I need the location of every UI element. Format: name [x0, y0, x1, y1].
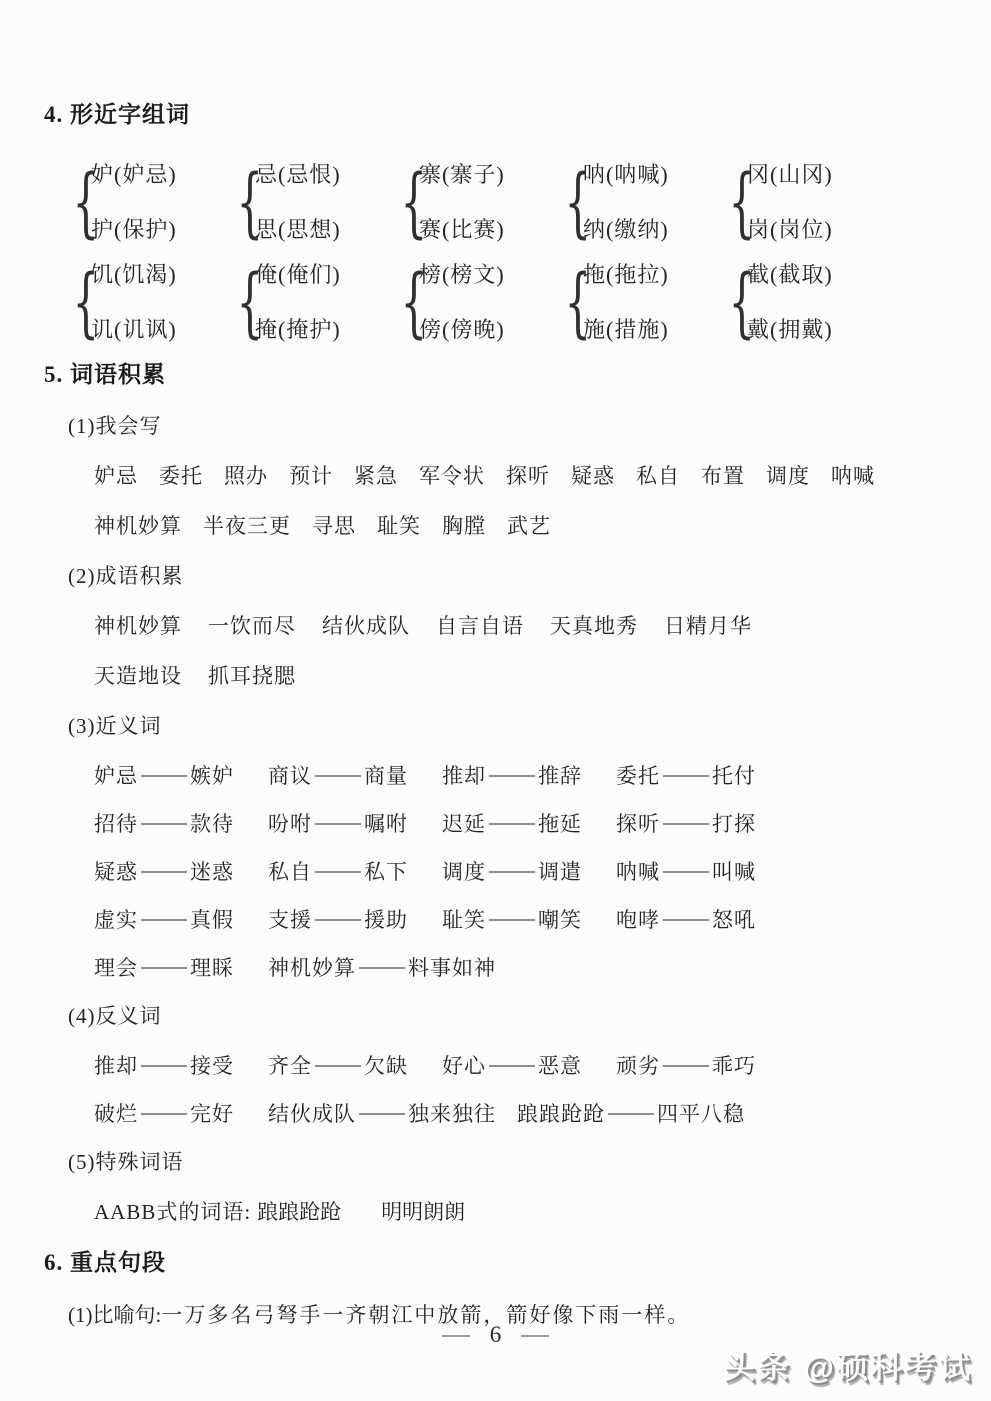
char-pair-group: { 截(截取) 戴(拥戴) — [724, 260, 888, 344]
pair-word-b: 款待 — [190, 812, 234, 836]
dash-connector — [315, 823, 361, 825]
dash-connector — [489, 1065, 535, 1067]
synonym-pair: 妒忌嫉妒 — [94, 762, 247, 790]
synonym-pair: 疑惑迷惑 — [94, 858, 247, 886]
pair-word-b: 四平八稳 — [657, 1102, 745, 1126]
antonym-pair: 好心恶意 — [442, 1052, 595, 1080]
left-brace-icon: { — [729, 262, 740, 342]
word-item: 胸膛 — [442, 512, 486, 540]
pair-word-a: 咆哮 — [616, 908, 660, 932]
dash-connector — [315, 775, 361, 777]
idiom-item: 自言自语 — [436, 612, 524, 640]
pair-word-a: 推却 — [94, 1054, 138, 1078]
char-pair-group: { 俺(俺们) 掩(掩护) — [232, 260, 396, 344]
word-item: 寻思 — [312, 512, 356, 540]
synonym-pair: 委托托付 — [616, 762, 769, 790]
dash-connector — [489, 871, 535, 873]
antonym-row-2: 破烂完好结伙成队独来独往踉踉跄跄四平八稳 — [94, 1100, 961, 1128]
synonym-pair: 商议商量 — [268, 762, 421, 790]
pair-word-b: 援助 — [364, 908, 408, 932]
pair-word-a: 商议 — [268, 764, 312, 788]
char-pair-bottom: 岗(岗位) — [747, 216, 833, 243]
left-brace-icon: { — [73, 262, 84, 342]
word-item: 调度 — [766, 462, 810, 490]
dash-connector — [141, 775, 187, 777]
char-pair-column: 寨(寨子) 赛(比赛) — [419, 160, 505, 244]
pair-word-a: 结伙成队 — [268, 1102, 356, 1126]
pair-word-b: 商量 — [364, 764, 408, 788]
word-item: 探听 — [506, 462, 550, 490]
synonym-pair: 招待款待 — [94, 810, 247, 838]
section4-heading: 4. 形近字组词 — [44, 100, 961, 130]
dash-connector — [608, 1113, 654, 1115]
dash-connector — [663, 823, 709, 825]
pair-word-a: 踉踉跄跄 — [517, 1102, 605, 1126]
watermark-text: 头条 @硕科考试 — [724, 1342, 973, 1387]
dash-connector — [141, 1065, 187, 1067]
pair-word-b: 打探 — [712, 812, 756, 836]
char-pair-bottom: 戴(拥戴) — [747, 316, 833, 343]
sub-label-synonyms: (3)近义词 — [68, 712, 961, 740]
pair-word-a: 疑惑 — [94, 860, 138, 884]
pair-word-b: 真假 — [190, 908, 234, 932]
char-pair-top: 截(截取) — [747, 261, 833, 288]
char-pair-column: 冈(山冈) 岗(岗位) — [747, 160, 833, 244]
char-pair-top: 忌(忌恨) — [255, 161, 341, 188]
word-item: 耻笑 — [377, 512, 421, 540]
antonym-pair: 顽劣乖巧 — [616, 1052, 769, 1080]
pair-word-b: 料事如神 — [408, 956, 496, 980]
sub-label-antonyms: (4)反义词 — [68, 1002, 961, 1030]
char-pair-group: { 拖(拖拉) 施(措施) — [560, 260, 724, 344]
pair-word-a: 齐全 — [268, 1054, 312, 1078]
synonym-pair: 咆哮怒吼 — [616, 906, 769, 934]
page-number: 6 — [490, 1322, 502, 1347]
word-item: 预计 — [289, 462, 333, 490]
char-pair-group: { 寨(寨子) 赛(比赛) — [396, 160, 560, 244]
pair-word-b: 理睬 — [190, 956, 234, 980]
pair-word-a: 破烂 — [94, 1102, 138, 1126]
char-pair-group: { 榜(榜文) 傍(傍晚) — [396, 260, 560, 344]
char-pair-group: { 饥(饥渴) 讥(讥讽) — [68, 260, 232, 344]
char-pair-column: 截(截取) 戴(拥戴) — [747, 260, 833, 344]
char-pair-bottom: 护(保护) — [91, 216, 177, 243]
synonym-pair: 神机妙算料事如神 — [268, 954, 496, 982]
char-pair-group: { 忌(忌恨) 思(思想) — [232, 160, 396, 244]
synonym-pair: 吩咐嘱咐 — [268, 810, 421, 838]
char-pair-column: 饥(饥渴) 讥(讥讽) — [91, 260, 177, 344]
pair-word-a: 迟延 — [442, 812, 486, 836]
word-item: 神机妙算 — [94, 512, 182, 540]
synonym-pair: 调度调遣 — [442, 858, 595, 886]
antonym-pair: 踉踉跄跄四平八稳 — [517, 1100, 745, 1128]
idiom-line-1: 神机妙算一饮而尽结伙成队自言自语天真地秀日精月华 — [94, 612, 961, 640]
char-pair-group: { 冈(山冈) 岗(岗位) — [724, 160, 888, 244]
dash-connector — [359, 1113, 405, 1115]
synonym-row-5: 理会理睬神机妙算料事如神 — [94, 954, 961, 982]
pair-word-a: 耻笑 — [442, 908, 486, 932]
antonym-pair: 推却接受 — [94, 1052, 247, 1080]
synonym-row-2: 招待款待吩咐嘱咐迟延拖延探听打探 — [94, 810, 961, 838]
char-pair-column: 忌(忌恨) 思(思想) — [255, 160, 341, 244]
pair-word-a: 调度 — [442, 860, 486, 884]
word-item: 布置 — [701, 462, 745, 490]
char-pair-bottom: 赛(比赛) — [419, 216, 505, 243]
pair-word-a: 私自 — [268, 860, 312, 884]
pair-word-a: 推却 — [442, 764, 486, 788]
pair-word-b: 嘱咐 — [364, 812, 408, 836]
pair-word-b: 推辞 — [538, 764, 582, 788]
char-pair-row-1: { 妒(妒忌) 护(保护) { 忌(忌恨) 思(思想) { 寨(寨子) 赛(比赛… — [68, 160, 961, 244]
pair-word-b: 乖巧 — [712, 1054, 756, 1078]
dash-connector — [489, 919, 535, 921]
char-pair-group: { 呐(呐喊) 纳(缴纳) — [560, 160, 724, 244]
char-pair-bottom: 掩(掩护) — [255, 316, 341, 343]
left-brace-icon: { — [401, 162, 412, 242]
char-pair-bottom: 纳(缴纳) — [583, 216, 669, 243]
left-brace-icon: { — [401, 262, 412, 342]
dash-connector — [141, 1113, 187, 1115]
synonym-pair: 私自私下 — [268, 858, 421, 886]
pair-word-a: 神机妙算 — [268, 956, 356, 980]
word-item: 武艺 — [507, 512, 551, 540]
pair-word-b: 完好 — [190, 1102, 234, 1126]
pair-word-a: 呐喊 — [616, 860, 660, 884]
synonym-pair: 呐喊叫喊 — [616, 858, 769, 886]
left-brace-icon: { — [73, 162, 84, 242]
pair-word-b: 嫉妒 — [190, 764, 234, 788]
synonym-pair: 迟延拖延 — [442, 810, 595, 838]
char-pair-column: 榜(榜文) 傍(傍晚) — [419, 260, 505, 344]
idiom-item: 天造地设 — [94, 662, 182, 690]
special-words-line: AABB式的词语:踉踉跄跄明明朗朗 — [94, 1198, 961, 1226]
dash-connector — [141, 967, 187, 969]
pair-word-b: 托付 — [712, 764, 756, 788]
pair-word-b: 独来独往 — [408, 1102, 496, 1126]
left-brace-icon: { — [565, 262, 576, 342]
dash-connector — [315, 919, 361, 921]
char-pair-top: 饥(饥渴) — [91, 261, 177, 288]
pair-word-a: 探听 — [616, 812, 660, 836]
pair-word-a: 顽劣 — [616, 1054, 660, 1078]
left-brace-icon: { — [237, 162, 248, 242]
footer-dash-right — [521, 1335, 549, 1337]
char-pair-column: 妒(妒忌) 护(保护) — [91, 160, 177, 244]
antonym-row-1: 推却接受齐全欠缺好心恶意顽劣乖巧 — [94, 1052, 961, 1080]
pair-word-a: 委托 — [616, 764, 660, 788]
synonym-pair: 探听打探 — [616, 810, 769, 838]
idiom-line-2: 天造地设抓耳挠腮 — [94, 662, 961, 690]
synonym-pair: 支援援助 — [268, 906, 421, 934]
pair-word-b: 私下 — [364, 860, 408, 884]
pair-word-a: 吩咐 — [268, 812, 312, 836]
pair-word-b: 嘲笑 — [538, 908, 582, 932]
char-pair-top: 寨(寨子) — [419, 161, 505, 188]
pair-word-b: 欠缺 — [364, 1054, 408, 1078]
dash-connector — [359, 967, 405, 969]
pair-word-a: 支援 — [268, 908, 312, 932]
write-words-line-1: 妒忌委托照办预计紧急军令状探听疑惑私自布置调度呐喊 — [94, 462, 961, 490]
pair-word-b: 拖延 — [538, 812, 582, 836]
page-content: 4. 形近字组词 { 妒(妒忌) 护(保护) { 忌(忌恨) 思(思想) { 寨… — [0, 0, 991, 1330]
idiom-item: 抓耳挠腮 — [208, 662, 296, 690]
special-word-1: 踉踉跄跄 — [257, 1200, 341, 1224]
word-item: 委托 — [159, 462, 203, 490]
write-words-line-2: 神机妙算半夜三更寻思耻笑胸膛武艺 — [94, 512, 961, 540]
char-pair-bottom: 施(措施) — [583, 316, 669, 343]
char-pair-column: 俺(俺们) 掩(掩护) — [255, 260, 341, 344]
dash-connector — [141, 823, 187, 825]
char-pair-top: 拖(拖拉) — [583, 261, 669, 288]
word-item: 呐喊 — [831, 462, 875, 490]
dash-connector — [663, 1065, 709, 1067]
sub-label-idioms: (2)成语积累 — [68, 562, 961, 590]
special-words-prefix: AABB式的词语: — [94, 1200, 251, 1224]
char-pair-top: 冈(山冈) — [747, 161, 833, 188]
pair-word-a: 理会 — [94, 956, 138, 980]
char-pair-column: 拖(拖拉) 施(措施) — [583, 260, 669, 344]
pair-word-b: 叫喊 — [712, 860, 756, 884]
dash-connector — [141, 919, 187, 921]
word-item: 私自 — [636, 462, 680, 490]
char-pair-top: 俺(俺们) — [255, 261, 341, 288]
dash-connector — [663, 919, 709, 921]
char-pair-row-2: { 饥(饥渴) 讥(讥讽) { 俺(俺们) 掩(掩护) { 榜(榜文) 傍(傍晚… — [68, 260, 961, 344]
word-item: 疑惑 — [571, 462, 615, 490]
char-pair-top: 呐(呐喊) — [583, 161, 669, 188]
char-pair-bottom: 讥(讥讽) — [91, 316, 177, 343]
idiom-item: 一饮而尽 — [208, 612, 296, 640]
word-item: 军令状 — [419, 462, 485, 490]
antonym-pair: 破烂完好 — [94, 1100, 247, 1128]
left-brace-icon: { — [565, 162, 576, 242]
idiom-item: 日精月华 — [664, 612, 752, 640]
char-pair-top: 妒(妒忌) — [91, 161, 177, 188]
dash-connector — [663, 775, 709, 777]
pair-word-b: 恶意 — [538, 1054, 582, 1078]
word-item: 妒忌 — [94, 462, 138, 490]
synonym-row-3: 疑惑迷惑私自私下调度调遣呐喊叫喊 — [94, 858, 961, 886]
left-brace-icon: { — [237, 262, 248, 342]
dash-connector — [489, 775, 535, 777]
char-pair-bottom: 傍(傍晚) — [419, 316, 505, 343]
pair-word-a: 虚实 — [94, 908, 138, 932]
pair-word-a: 招待 — [94, 812, 138, 836]
word-item: 半夜三更 — [203, 512, 291, 540]
section6-heading: 6. 重点句段 — [44, 1248, 961, 1278]
antonym-pair: 齐全欠缺 — [268, 1052, 421, 1080]
dash-connector — [141, 871, 187, 873]
synonym-pair: 虚实真假 — [94, 906, 247, 934]
pair-word-b: 调遣 — [538, 860, 582, 884]
synonym-row-4: 虚实真假支援援助耻笑嘲笑咆哮怒吼 — [94, 906, 961, 934]
pair-word-a: 好心 — [442, 1054, 486, 1078]
synonym-row-1: 妒忌嫉妒商议商量推却推辞委托托付 — [94, 762, 961, 790]
synonym-pair: 耻笑嘲笑 — [442, 906, 595, 934]
dash-connector — [663, 871, 709, 873]
synonym-pair: 理会理睬 — [94, 954, 247, 982]
char-pair-bottom: 思(思想) — [255, 216, 341, 243]
sub-label-special: (5)特殊词语 — [68, 1148, 961, 1176]
pair-word-b: 怒吼 — [712, 908, 756, 932]
left-brace-icon: { — [729, 162, 740, 242]
pair-word-a: 妒忌 — [94, 764, 138, 788]
char-pair-group: { 妒(妒忌) 护(保护) — [68, 160, 232, 244]
sub-label-write: (1)我会写 — [68, 412, 961, 440]
char-pair-top: 榜(榜文) — [419, 261, 505, 288]
char-pair-column: 呐(呐喊) 纳(缴纳) — [583, 160, 669, 244]
idiom-item: 神机妙算 — [94, 612, 182, 640]
idiom-item: 结伙成队 — [322, 612, 410, 640]
word-item: 紧急 — [354, 462, 398, 490]
dash-connector — [315, 1065, 361, 1067]
antonym-pair: 结伙成队独来独往 — [268, 1100, 496, 1128]
section5-heading: 5. 词语积累 — [44, 360, 961, 390]
pair-word-b: 迷惑 — [190, 860, 234, 884]
special-word-2: 明明朗朗 — [381, 1200, 465, 1224]
dash-connector — [489, 823, 535, 825]
pair-word-b: 接受 — [190, 1054, 234, 1078]
footer-dash-left — [442, 1335, 470, 1337]
idiom-item: 天真地秀 — [550, 612, 638, 640]
synonym-pair: 推却推辞 — [442, 762, 595, 790]
word-item: 照办 — [224, 462, 268, 490]
dash-connector — [315, 871, 361, 873]
